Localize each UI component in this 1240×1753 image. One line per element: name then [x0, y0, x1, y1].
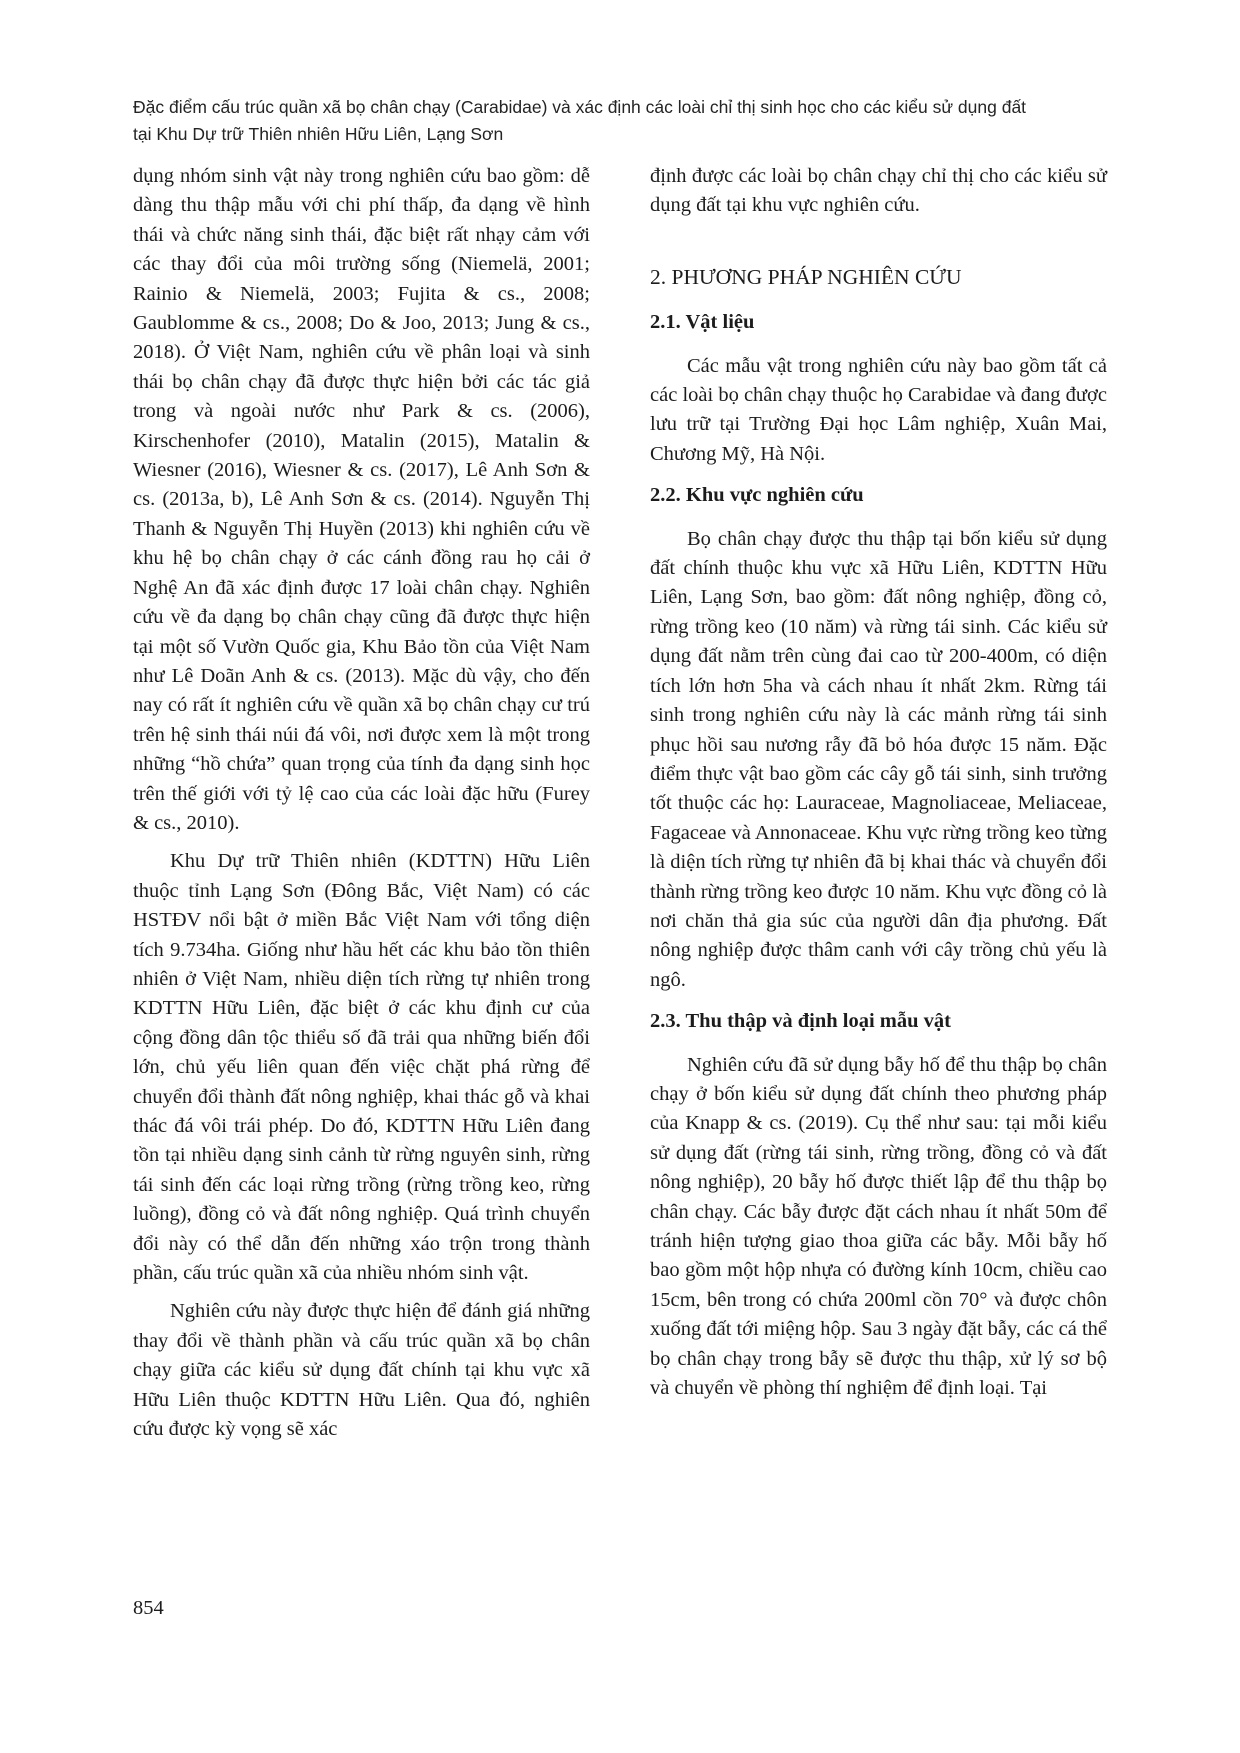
running-head-line-1: Đặc điểm cấu trúc quần xã bọ chân chạy (…	[133, 94, 1133, 121]
subsection-heading: 2.2. Khu vực nghiên cứu	[650, 481, 1107, 510]
content-columns: dụng nhóm sinh vật này trong nghiên cứu …	[133, 162, 1107, 1453]
paper-page: Đặc điểm cấu trúc quần xã bọ chân chạy (…	[0, 0, 1240, 1753]
paragraph: Nghiên cứu đã sử dụng bẫy hố để thu thập…	[650, 1051, 1107, 1404]
section-heading: 2. PHƯƠNG PHÁP NGHIÊN CỨU	[650, 263, 1107, 292]
subsection-heading: 2.3. Thu thập và định loại mẫu vật	[650, 1007, 1107, 1036]
left-column: dụng nhóm sinh vật này trong nghiên cứu …	[133, 162, 590, 1453]
right-column: định được các loài bọ chân chạy chỉ thị …	[650, 162, 1107, 1453]
paragraph: Nghiên cứu này được thực hiện để đánh gi…	[133, 1297, 590, 1444]
paragraph: định được các loài bọ chân chạy chỉ thị …	[650, 162, 1107, 221]
paragraph: Khu Dự trữ Thiên nhiên (KDTTN) Hữu Liên …	[133, 847, 590, 1288]
running-head-line-2: tại Khu Dự trữ Thiên nhiên Hữu Liên, Lạn…	[133, 121, 1133, 148]
page-number: 854	[133, 1597, 164, 1620]
running-head: Đặc điểm cấu trúc quần xã bọ chân chạy (…	[133, 94, 1133, 148]
paragraph: Bọ chân chạy được thu thập tại bốn kiểu …	[650, 525, 1107, 996]
paragraph: dụng nhóm sinh vật này trong nghiên cứu …	[133, 162, 590, 838]
paragraph: Các mẫu vật trong nghiên cứu này bao gồm…	[650, 352, 1107, 470]
subsection-heading: 2.1. Vật liệu	[650, 308, 1107, 337]
